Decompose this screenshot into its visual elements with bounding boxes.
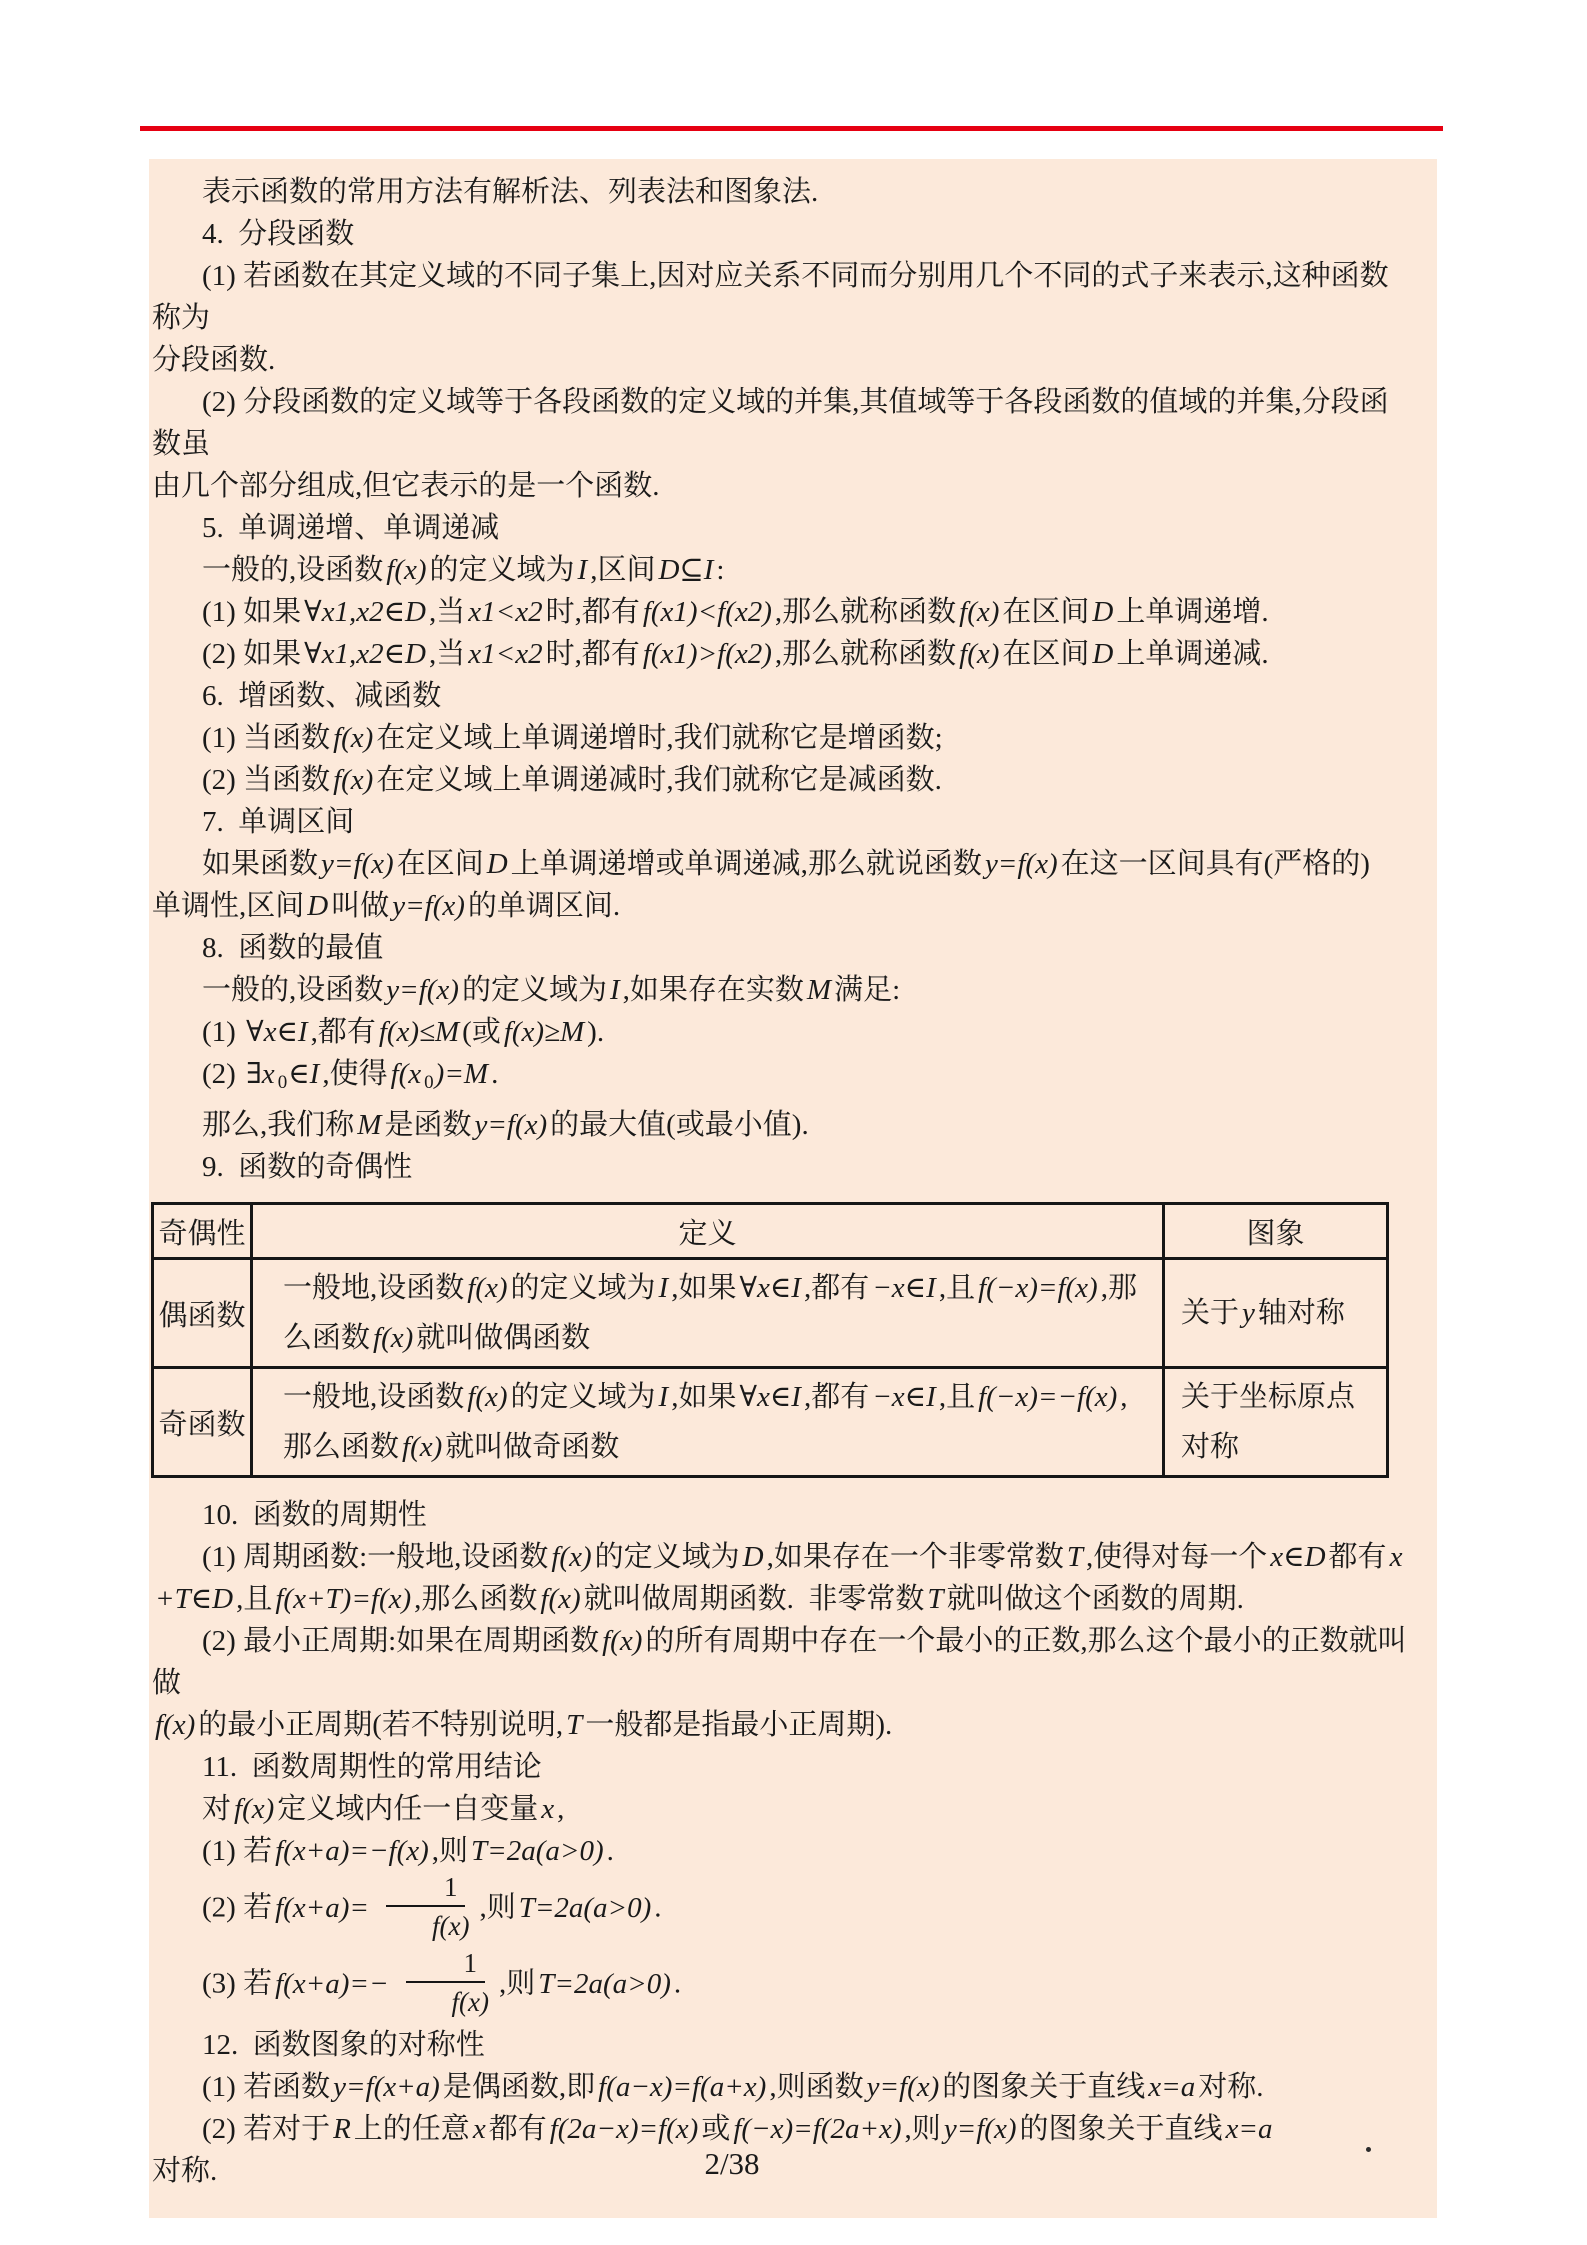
- table-header-cell: 定义: [252, 1204, 1164, 1259]
- text-line: 9. 函数的奇偶性: [149, 1146, 1437, 1188]
- text-line: 6. 增函数、减函数: [149, 675, 1437, 717]
- math-run: f(x+a)=: [272, 1892, 372, 1924]
- text-run: .: [491, 1058, 498, 1090]
- math-run: ∈I: [288, 1058, 322, 1090]
- top-rule: [140, 126, 1443, 131]
- text-run: 在定义域上单调递增时,我们就称它是增函数;: [376, 722, 942, 754]
- text-run: 关于坐标原点对称: [1181, 1381, 1355, 1463]
- text-line: (1) ∀x∈I,都有f(x)≤M(或f(x)≥M).: [149, 1011, 1437, 1053]
- text-run: 在区间: [1002, 596, 1089, 628]
- math-run: I: [656, 1272, 672, 1304]
- text-line: 4. 分段函数: [149, 213, 1437, 255]
- text-run: 是函数: [384, 1109, 471, 1141]
- math-run: f(x+a)=−: [272, 1968, 391, 2000]
- math-run: ∀x1,x2∈D: [301, 596, 429, 628]
- math-run: D: [484, 848, 511, 880]
- text-run: ,如果存在实数: [623, 974, 804, 1006]
- text-run: 都有: [489, 2113, 547, 2145]
- math-run: y=f(x): [389, 890, 468, 922]
- text-run: ,则: [479, 1892, 515, 1924]
- text-line: (1) 若函数y=f(x+a)是偶函数,即f(a−x)=f(a+x),则函数y=…: [149, 2066, 1437, 2108]
- page-number: 2/38: [652, 2146, 812, 2182]
- text-line: (1) 如果∀x1,x2∈D,当x1<x2时,都有f(x1)<f(x2),那么就…: [149, 591, 1437, 633]
- table-definition-cell: 一般地,设函数f(x)的定义域为I,如果∀x∈I,都有−x∈I,且f(−x)=−…: [252, 1368, 1164, 1477]
- math-run: f(−x)=f(2a+x): [730, 2113, 904, 2145]
- text-run: 就叫做周期函数. 非零常数: [584, 1583, 925, 1615]
- math-run: T: [924, 1583, 946, 1615]
- text-run: 的定义域为: [430, 554, 575, 586]
- text-run: 一般的,设函数: [202, 974, 383, 1006]
- text-line: (2) ∃x0∈I,使得f(x0)=M.: [149, 1053, 1437, 1104]
- text-run: (2) 最小正周期:如果在周期函数: [202, 1625, 599, 1657]
- text-line: f(x)的最小正周期(若不特别说明,T一般都是指最小正周期).: [149, 1704, 1437, 1746]
- text-line: 如果函数y=f(x)在区间D上单调递增或单调递减,那么就说函数y=f(x)在这一…: [149, 843, 1437, 885]
- text-run: 时,都有: [546, 596, 640, 628]
- math-run: f(x): [383, 554, 429, 586]
- fraction-denominator: f(x): [398, 1983, 493, 2021]
- math-run: )=M: [435, 1058, 491, 1090]
- text-run: ,都有: [804, 1272, 869, 1304]
- text-run: 的定义域为: [511, 1272, 656, 1304]
- math-run: D: [1089, 596, 1116, 628]
- math-run: ∀x∈I: [243, 1016, 311, 1048]
- text-run: .: [607, 1835, 614, 1867]
- text-run: 如果函数: [202, 848, 318, 880]
- text-run: 一般的,设函数: [202, 554, 383, 586]
- fraction-numerator: 1: [406, 1945, 486, 1983]
- text-run: 轴对称: [1258, 1297, 1345, 1329]
- text-run: 定义域内任一自变量: [277, 1793, 538, 1825]
- table-definition-cell: 一般地,设函数f(x)的定义域为I,如果∀x∈I,都有−x∈I,且f(−x)=f…: [252, 1259, 1164, 1368]
- text-run: 的定义域为: [462, 974, 607, 1006]
- text-run: 一般地,设函数: [283, 1272, 464, 1304]
- subscript: 0: [424, 1072, 435, 1093]
- text-line: 7. 单调区间: [149, 801, 1437, 843]
- math-run: ∀x∈I: [736, 1272, 804, 1304]
- text-run: 12. 函数图象的对称性: [202, 2029, 485, 2061]
- math-run: x: [538, 1793, 557, 1825]
- math-run: f(x): [464, 1272, 510, 1304]
- text-line: (2) 最小正周期:如果在周期函数f(x)的所有周期中存在一个最小的正数,那么这…: [149, 1620, 1437, 1704]
- math-run: x: [1387, 1541, 1406, 1573]
- parity-table: 奇偶性定义图象偶函数一般地,设函数f(x)的定义域为I,如果∀x∈I,都有−x∈…: [151, 1202, 1389, 1478]
- math-run: D⊆I: [655, 554, 716, 586]
- text-run: 单调性,区间: [152, 890, 304, 922]
- text-run: ,如果: [671, 1272, 736, 1304]
- text-run: 的定义域为: [595, 1541, 740, 1573]
- text-run: ,: [557, 1793, 564, 1825]
- text-line: 分段函数.: [149, 339, 1437, 381]
- text-run: 的最大值(或最小值).: [550, 1109, 809, 1141]
- document-page: 表示函数的常用方法有解析法、列表法和图象法.4. 分段函数(1) 若函数在其定义…: [0, 0, 1587, 2245]
- text-run: 是偶函数,即: [443, 2071, 595, 2103]
- text-run: (1) 如果: [202, 596, 301, 628]
- fraction-numerator: 1: [386, 1869, 466, 1907]
- table-graph-cell: 关于y轴对称: [1164, 1259, 1388, 1368]
- text-line: 对f(x)定义域内任一自变量x,: [149, 1788, 1437, 1830]
- text-run: 的图象关于直线: [1020, 2113, 1223, 2145]
- math-run: −x∈I: [869, 1272, 939, 1304]
- text-run: ,则: [432, 1835, 468, 1867]
- math-run: I: [607, 974, 623, 1006]
- text-run: 一般都是指最小正周期).: [585, 1709, 892, 1741]
- math-run: I: [575, 554, 591, 586]
- text-line: 10. 函数的周期性: [149, 1494, 1437, 1536]
- text-run: 一般地,设函数: [283, 1381, 464, 1413]
- text-run: 7. 单调区间: [202, 806, 354, 838]
- text-run: 的单调区间.: [468, 890, 620, 922]
- text-run: (1): [202, 1016, 243, 1048]
- fraction: 1f(x): [378, 1869, 473, 1945]
- math-run: T: [1064, 1541, 1086, 1573]
- text-line: (1) 周期函数:一般地,设函数f(x)的定义域为D,如果存在一个非零常数T,使…: [149, 1536, 1437, 1578]
- text-run: 8. 函数的最值: [202, 932, 383, 964]
- text-run: ,则函数: [769, 2071, 863, 2103]
- math-run: f(x)≤M: [376, 1016, 462, 1048]
- text-run: ,都有: [311, 1016, 376, 1048]
- text-line: +T∈D,且f(x+T)=f(x),那么函数f(x)就叫做周期函数. 非零常数T…: [149, 1578, 1437, 1620]
- math-run: x1<x2: [465, 638, 545, 670]
- text-run: 或: [701, 2113, 730, 2145]
- table-header-cell: 奇偶性: [153, 1204, 252, 1259]
- text-run: 5. 单调递增、单调递减: [202, 512, 499, 544]
- math-run: T=2a(a>0): [468, 1835, 607, 1867]
- text-line: (2) 如果∀x1,x2∈D,当x1<x2时,都有f(x1)>f(x2),那么就…: [149, 633, 1437, 675]
- math-run: f(x): [152, 1709, 198, 1741]
- text-line: (2) 若f(x+a)=1f(x),则T=2a(a>0).: [149, 1872, 1437, 1948]
- math-run: f(−x)=−f(x): [975, 1381, 1120, 1413]
- math-run: f(x): [399, 1431, 445, 1463]
- text-run: 的图象关于直线: [942, 2071, 1145, 2103]
- text-run: 关于: [1181, 1297, 1239, 1329]
- text-run: ,则: [499, 1968, 535, 2000]
- text-line: (3) 若f(x+a)=−1f(x),则T=2a(a>0).: [149, 1948, 1437, 2024]
- math-run: I: [656, 1381, 672, 1413]
- text-line: 8. 函数的最值: [149, 927, 1437, 969]
- text-run: 就叫做这个函数的周期.: [947, 1583, 1244, 1615]
- text-run: 6. 增函数、减函数: [202, 680, 441, 712]
- math-run: f(x: [388, 1058, 425, 1090]
- text-run: (2) 分段函数的定义域等于各段函数的定义域的并集,其值域等于各段函数的值域的并…: [152, 386, 1389, 460]
- text-run: 对称.: [152, 2155, 217, 2187]
- text-line: (1) 若f(x+a)=−f(x),则T=2a(a>0).: [149, 1830, 1437, 1872]
- math-run: R: [330, 2113, 354, 2145]
- math-run: y=f(x): [941, 2113, 1020, 2145]
- text-run: ,都有: [804, 1381, 869, 1413]
- text-run: 上单调递增.: [1116, 596, 1268, 628]
- text-run: (1) 当函数: [202, 722, 330, 754]
- math-run: f(x1)>f(x2): [640, 638, 775, 670]
- math-run: ∀x1,x2∈D: [301, 638, 429, 670]
- math-run: y=f(x): [383, 974, 462, 1006]
- text-run: 在区间: [397, 848, 484, 880]
- math-run: D: [304, 890, 331, 922]
- math-run: y=f(x): [471, 1109, 550, 1141]
- math-run: f(x): [231, 1793, 277, 1825]
- text-run: (2): [202, 1058, 243, 1090]
- math-run: f(x): [464, 1381, 510, 1413]
- text-line: (2) 分段函数的定义域等于各段函数的定义域的并集,其值域等于各段函数的值域的并…: [149, 381, 1437, 465]
- table-label-cell: 奇函数: [153, 1368, 252, 1477]
- text-run: 上的任意: [354, 2113, 470, 2145]
- math-run: ∃x: [243, 1058, 278, 1090]
- text-run: (2) 若: [202, 1892, 272, 1924]
- text-run: (1) 周期函数:一般地,设函数: [202, 1541, 548, 1573]
- text-run: 叫做: [331, 890, 389, 922]
- text-run: 9. 函数的奇偶性: [202, 1151, 412, 1183]
- text-run: 在定义域上单调递减时,我们就称它是减函数.: [376, 764, 942, 796]
- table-row: 偶函数一般地,设函数f(x)的定义域为I,如果∀x∈I,都有−x∈I,且f(−x…: [153, 1259, 1388, 1368]
- text-run: ,那么就称函数: [775, 638, 956, 670]
- math-run: f(x)≥M: [501, 1016, 587, 1048]
- text-run: ,当: [429, 638, 465, 670]
- text-line: 那么,我们称M是函数y=f(x)的最大值(或最小值).: [149, 1104, 1437, 1146]
- text-run: 对称.: [1198, 2071, 1263, 2103]
- text-run: .: [674, 1968, 681, 2000]
- text-line: (1) 若函数在其定义域的不同子集上,因对应关系不同而分别用几个不同的式子来表示…: [149, 255, 1437, 339]
- text-line: 一般的,设函数f(x)的定义域为I,区间D⊆I:: [149, 549, 1437, 591]
- math-run: +T∈D: [152, 1583, 236, 1615]
- table-graph-cell: 关于坐标原点对称: [1164, 1368, 1388, 1477]
- subscript: 0: [278, 1072, 289, 1093]
- text-run: 的定义域为: [511, 1381, 656, 1413]
- text-line: 单调性,区间D叫做y=f(x)的单调区间.: [149, 885, 1437, 927]
- text-run: ,那么就称函数: [775, 596, 956, 628]
- text-run: 在区间: [1002, 638, 1089, 670]
- text-run: 那么,我们称: [202, 1109, 354, 1141]
- text-line: (2) 若对于R上的任意x都有f(2a−x)=f(x)或f(−x)=f(2a+x…: [149, 2108, 1437, 2150]
- text-run: (2) 如果: [202, 638, 301, 670]
- text-run: ,如果存在一个非零常数: [767, 1541, 1064, 1573]
- math-run: f(a−x)=f(a+x): [595, 2071, 769, 2103]
- math-run: f(x): [956, 638, 1002, 670]
- math-run: D: [1089, 638, 1116, 670]
- math-run: ∀x∈I: [736, 1381, 804, 1413]
- text-run: ,使得: [322, 1058, 387, 1090]
- text-run: ,则: [905, 2113, 941, 2145]
- text-line: (1) 当函数f(x)在定义域上单调递增时,我们就称它是增函数;: [149, 717, 1437, 759]
- text-run: 在这一区间具有(严格的): [1061, 848, 1370, 880]
- fraction-denominator: f(x): [378, 1907, 473, 1945]
- text-line: 11. 函数周期性的常用结论: [149, 1746, 1437, 1788]
- text-run: ,且: [236, 1583, 272, 1615]
- text-run: (3) 若: [202, 1968, 272, 2000]
- text-run: 对: [202, 1793, 231, 1825]
- math-run: x∈D: [1267, 1541, 1328, 1573]
- text-run: 分段函数.: [152, 344, 275, 376]
- text-run: ,且: [939, 1381, 975, 1413]
- text-run: ,那么函数: [414, 1583, 537, 1615]
- math-run: f(x): [599, 1625, 645, 1657]
- text-run: (2) 若对于: [202, 2113, 330, 2145]
- text-run: 上单调递增或单调递减,那么就说函数: [511, 848, 982, 880]
- math-run: y=f(x+a): [330, 2071, 443, 2103]
- text-run: ,且: [939, 1272, 975, 1304]
- fraction: 1f(x): [398, 1945, 493, 2021]
- text-run: 11. 函数周期性的常用结论: [202, 1751, 542, 1783]
- text-run: 就叫做奇函数: [445, 1431, 619, 1463]
- text-run: 10. 函数的周期性: [202, 1499, 427, 1531]
- text-run: 都有: [1329, 1541, 1387, 1573]
- math-run: T=2a(a>0): [535, 1968, 674, 2000]
- text-run: .: [654, 1892, 661, 1924]
- table-label-cell: 偶函数: [153, 1259, 252, 1368]
- text-line: 一般的,设函数y=f(x)的定义域为I,如果存在实数M满足:: [149, 969, 1437, 1011]
- math-run: x1<x2: [465, 596, 545, 628]
- math-run: f(−x)=f(x): [975, 1272, 1101, 1304]
- text-run: (1) 若函数在其定义域的不同子集上,因对应关系不同而分别用几个不同的式子来表示…: [152, 260, 1389, 334]
- text-line: 由几个部分组成,但它表示的是一个函数.: [149, 465, 1437, 507]
- math-run: f(x1)<f(x2): [640, 596, 775, 628]
- text-line: 表示函数的常用方法有解析法、列表法和图象法.: [149, 171, 1437, 213]
- math-run: f(x): [956, 596, 1002, 628]
- stray-dot: [1366, 2147, 1371, 2152]
- math-run: y=f(x): [864, 2071, 943, 2103]
- text-run: (或: [462, 1016, 501, 1048]
- text-run: 时,都有: [546, 638, 640, 670]
- table-row: 奇函数一般地,设函数f(x)的定义域为I,如果∀x∈I,都有−x∈I,且f(−x…: [153, 1368, 1388, 1477]
- text-run: ,如果: [671, 1381, 736, 1413]
- math-run: x=a: [1145, 2071, 1198, 2103]
- table-header-cell: 图象: [1164, 1204, 1388, 1259]
- text-run: ).: [587, 1016, 604, 1048]
- math-run: f(x): [330, 764, 376, 796]
- math-run: T=2a(a>0): [516, 1892, 655, 1924]
- math-run: x=a: [1223, 2113, 1276, 2145]
- math-run: f(x): [548, 1541, 594, 1573]
- text-run: (1) 若: [202, 1835, 272, 1867]
- math-run: M: [354, 1109, 384, 1141]
- math-run: f(x): [330, 722, 376, 754]
- math-run: y: [1239, 1297, 1258, 1329]
- text-run: 满足:: [834, 974, 900, 1006]
- text-line: 12. 函数图象的对称性: [149, 2024, 1437, 2066]
- text-run: ,区间: [590, 554, 655, 586]
- text-run: ,当: [429, 596, 465, 628]
- text-run: 上单调递减.: [1116, 638, 1268, 670]
- content-area: 表示函数的常用方法有解析法、列表法和图象法.4. 分段函数(1) 若函数在其定义…: [149, 159, 1437, 2218]
- math-run: D: [740, 1541, 767, 1573]
- text-line: 5. 单调递增、单调递减: [149, 507, 1437, 549]
- math-run: y=f(x): [982, 848, 1061, 880]
- text-run: (2) 当函数: [202, 764, 330, 796]
- math-run: f(x): [370, 1322, 416, 1354]
- math-run: M: [804, 974, 834, 1006]
- text-run: 的最小正周期(若不特别说明,: [198, 1709, 563, 1741]
- math-run: f(x+a)=−f(x): [272, 1835, 432, 1867]
- text-line: (2) 当函数f(x)在定义域上单调递减时,我们就称它是减函数.: [149, 759, 1437, 801]
- math-run: x: [470, 2113, 489, 2145]
- text-run: :: [716, 554, 724, 586]
- text-run: 由几个部分组成,但它表示的是一个函数.: [152, 470, 660, 502]
- text-run: ,使得对每一个: [1086, 1541, 1267, 1573]
- math-run: f(x+T)=f(x): [272, 1583, 414, 1615]
- math-run: T: [563, 1709, 585, 1741]
- math-run: y=f(x): [318, 848, 397, 880]
- text-run: (1) 若函数: [202, 2071, 330, 2103]
- text-run: 4. 分段函数: [202, 218, 354, 250]
- math-run: −x∈I: [869, 1381, 939, 1413]
- math-run: f(x): [537, 1583, 583, 1615]
- text-run: 就叫做偶函数: [416, 1322, 590, 1354]
- math-run: f(2a−x)=f(x): [547, 2113, 702, 2145]
- text-run: 表示函数的常用方法有解析法、列表法和图象法.: [202, 176, 818, 208]
